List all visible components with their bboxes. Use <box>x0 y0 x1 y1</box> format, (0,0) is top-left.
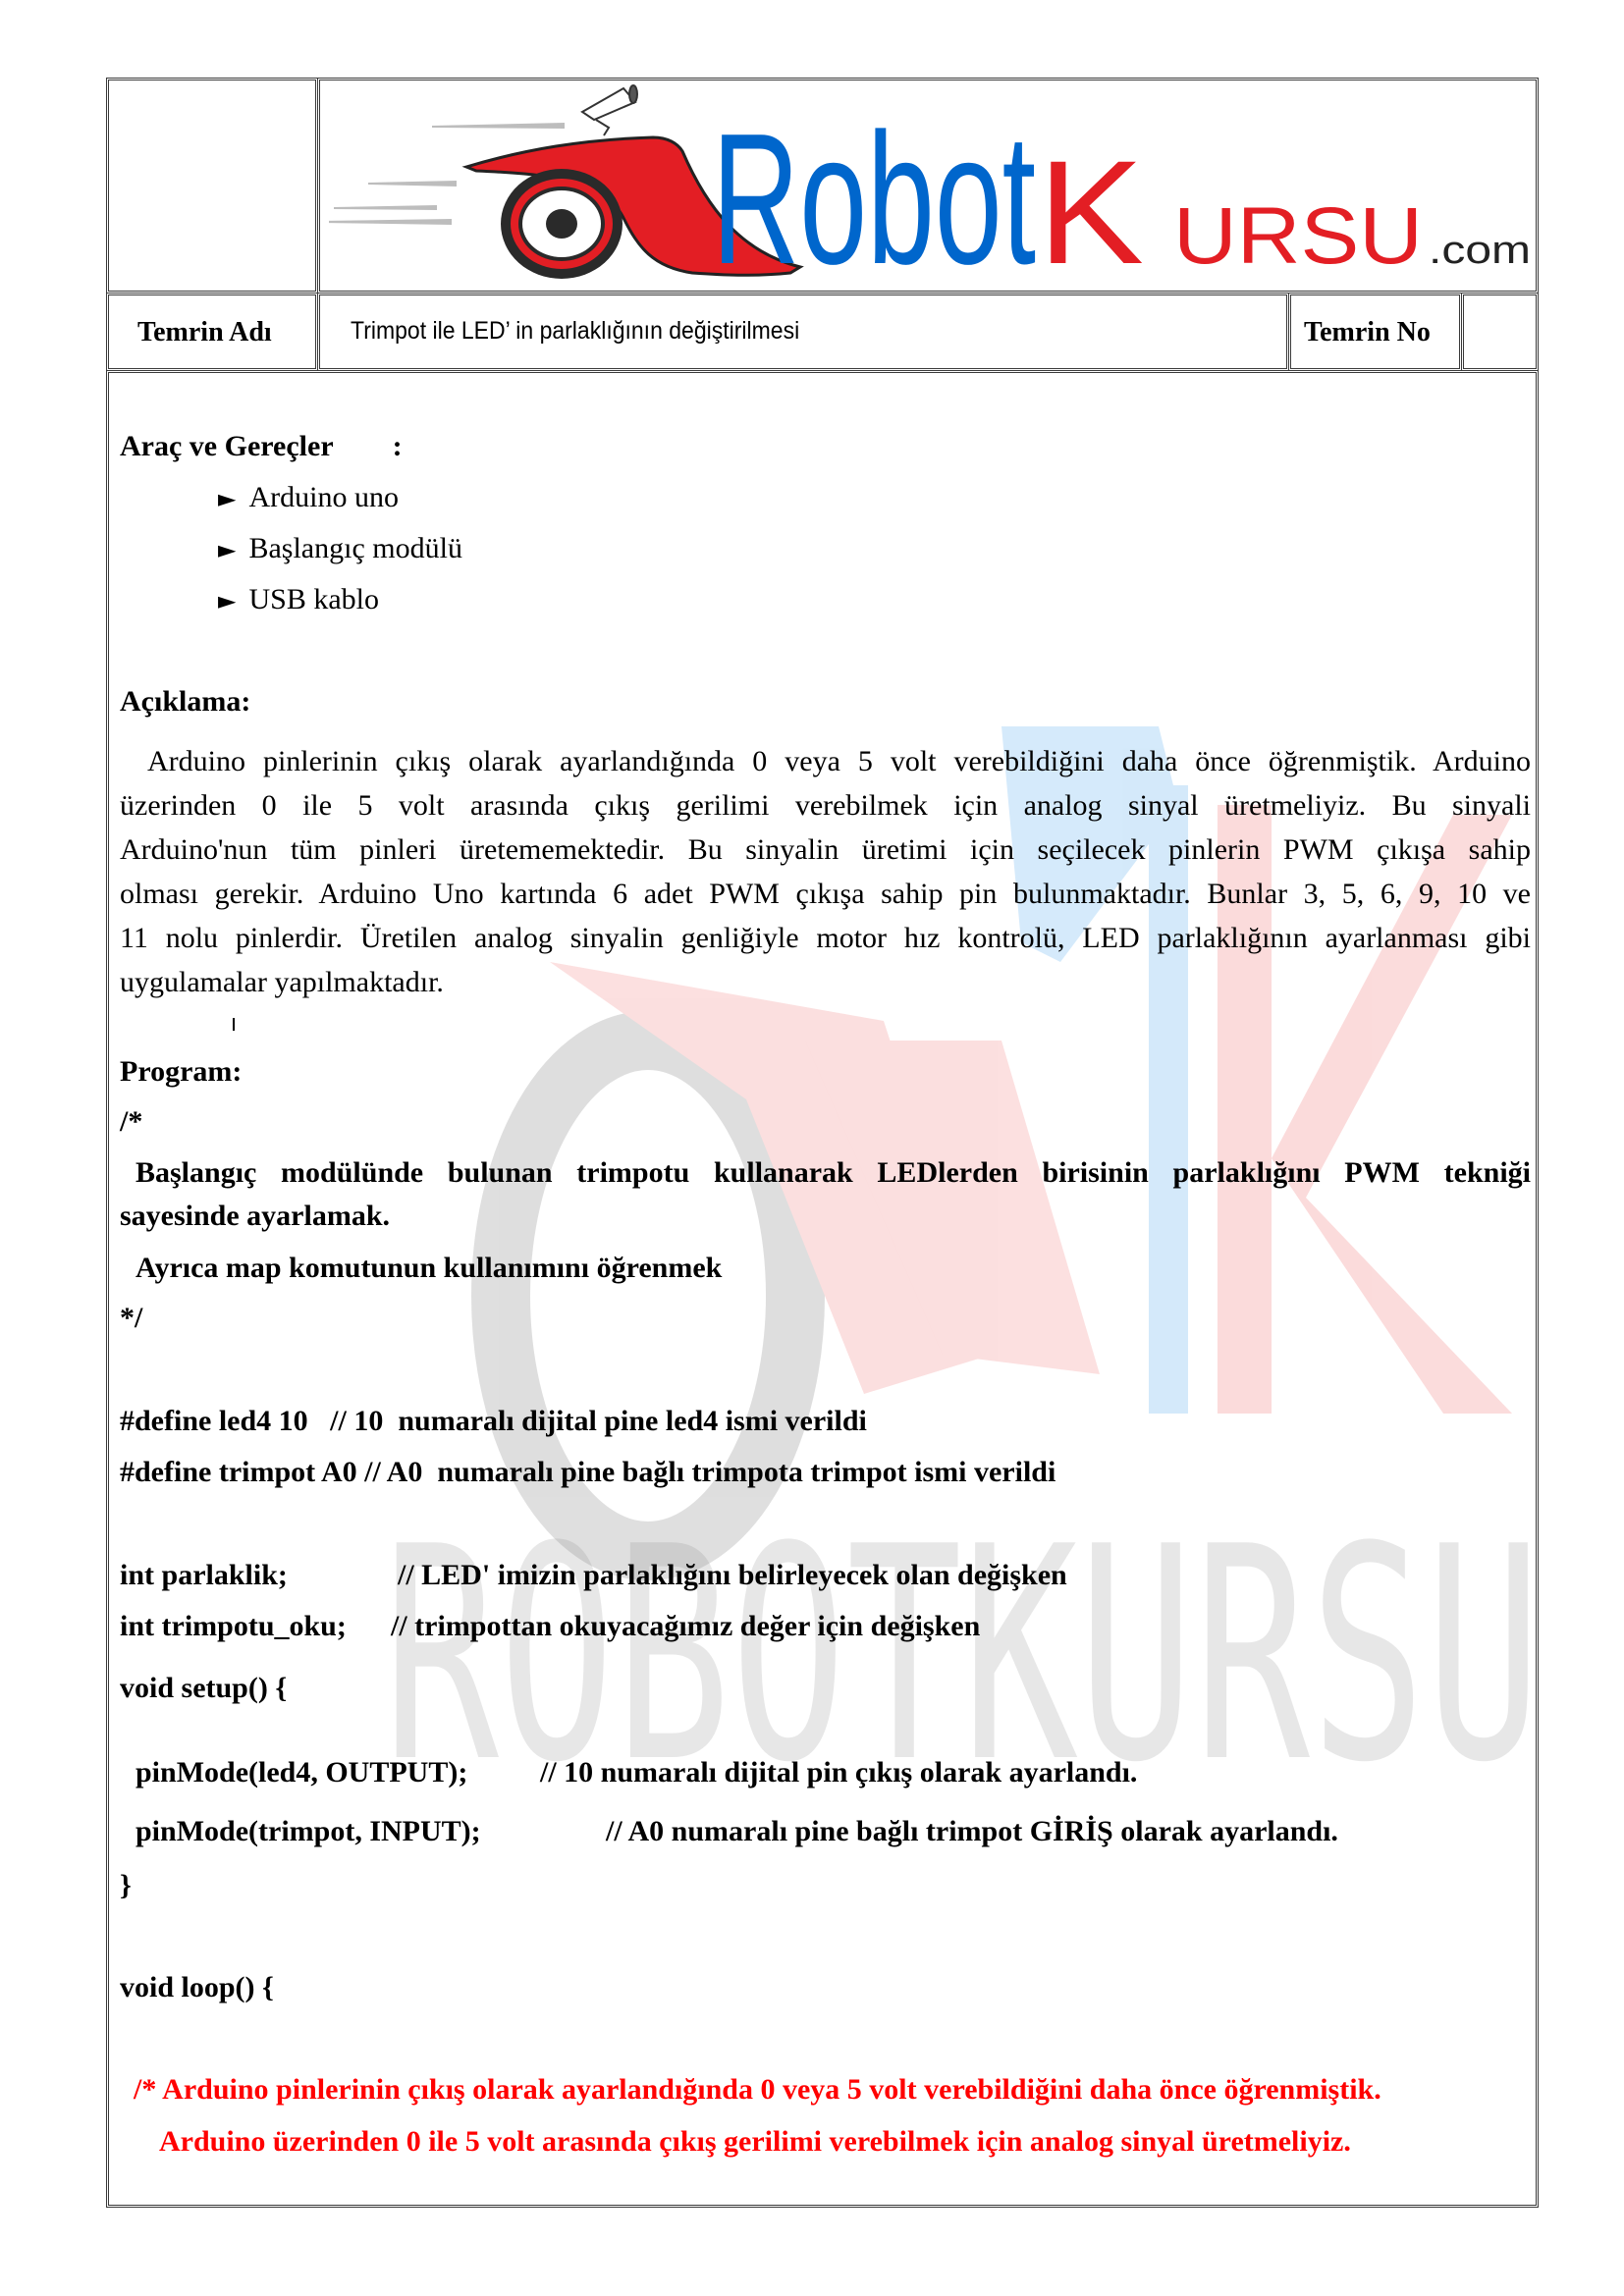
program-heading: Program: <box>120 1057 242 1087</box>
code-comment: // 10 numaralı dijital pin çıkış olarak … <box>540 1758 1137 1788</box>
code-define-trimpot: #define trimpot A0 // A0 numaralı pine b… <box>120 1458 1056 1487</box>
materials-heading: Araç ve Gereçler: <box>120 432 403 461</box>
list-item: ► USB kablo <box>218 585 379 614</box>
list-item: ► Arduino uno <box>218 483 399 512</box>
brand-robot: Robot <box>712 95 1036 291</box>
brand-k: K <box>1038 130 1144 291</box>
brand-ursu: URSU <box>1173 191 1423 281</box>
code-setup-close: } <box>120 1871 132 1900</box>
code-define-led4: #define led4 10 // 10 numaralı dijital p… <box>120 1407 867 1436</box>
text-cursor <box>233 1018 235 1031</box>
code-comment: // LED' imizin parlaklığını belirleyecek… <box>398 1561 1067 1590</box>
content-cell <box>106 370 1539 2208</box>
brand-com: .com <box>1429 229 1531 272</box>
comment-line: sayesinde ayarlamak. <box>120 1201 390 1231</box>
comment-close: */ <box>120 1304 142 1333</box>
code-loop-comment-line: /* Arduino pinlerinin çıkış olarak ayarl… <box>134 2075 1381 2105</box>
description-paragraph: Arduino pinlerinin çıkış olarak ayarland… <box>120 739 1531 1004</box>
exhaust-icon <box>582 85 637 135</box>
bullet-triangle-icon: ► <box>218 587 236 614</box>
code-var-parlaklik: int parlaklik; <box>120 1561 288 1590</box>
code-loop-open: void loop() { <box>120 1973 274 2002</box>
robotkursu-logo: Robot K URSU .com <box>329 80 1537 291</box>
code-var-trimpotu-oku: int trimpotu_oku; <box>120 1612 347 1641</box>
exercise-name-label: Temrin Adı <box>137 319 272 347</box>
bullet-triangle-icon: ► <box>218 536 236 563</box>
comment-line: Başlangıç modülünde bulunan trimpotu kul… <box>120 1158 1531 1188</box>
code-comment: // trimpottan okuyacağımız değer için de… <box>391 1612 980 1641</box>
wheel-icon <box>501 169 623 279</box>
code-loop-comment-line: Arduino üzerinden 0 ile 5 volt arasında … <box>159 2127 1351 2157</box>
exercise-name-value: Trimpot ile LED’ in parlaklığının değişt… <box>351 319 799 344</box>
list-item: ► Başlangıç modülü <box>218 534 462 563</box>
exercise-no-label: Temrin No <box>1304 319 1431 347</box>
code-pinmode-led4: pinMode(led4, OUTPUT); <box>135 1758 467 1788</box>
code-comment: // A0 numaralı pine bağlı trimpot GİRİŞ … <box>606 1817 1338 1846</box>
code-pinmode-trimpot: pinMode(trimpot, INPUT); <box>135 1817 481 1846</box>
exercise-no-value-cell <box>1461 293 1539 371</box>
bullet-triangle-icon: ► <box>218 485 236 512</box>
comment-open: /* <box>120 1107 142 1137</box>
comment-line: Ayrıca map komutunun kullanımını öğrenme… <box>135 1254 722 1283</box>
description-heading: Açıklama: <box>120 687 250 717</box>
logo-left-cell <box>106 78 318 294</box>
code-setup-open: void setup() { <box>120 1674 287 1703</box>
